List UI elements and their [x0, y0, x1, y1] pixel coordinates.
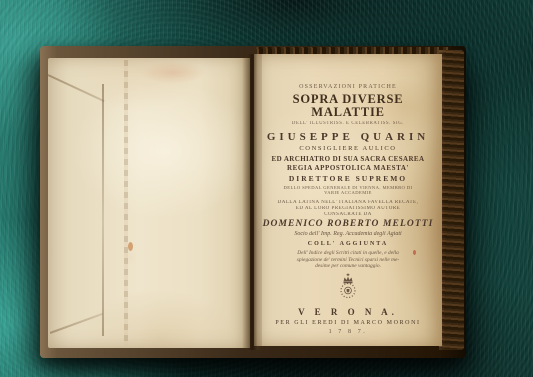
- addition-heading: COLL' AGGIUNTA: [262, 241, 434, 248]
- page-fore-edge: [439, 50, 464, 350]
- main-title: SOPRA DIVERSE MALATTIE: [262, 93, 434, 119]
- imprint-city: V E R O N A.: [262, 307, 434, 317]
- author-rank-line: DIRETTORE SUPREMO: [262, 175, 434, 183]
- author-rank-line: CONSIGLIERE AULICO: [262, 145, 434, 152]
- author-rank-line: REGIA APPOSTOLICA MAESTA': [262, 164, 434, 172]
- addition-line: desime per comune vantaggio.: [262, 263, 434, 269]
- dedication-line: DELL' ILLUSTRISS. E CELEBRATISS. SIG.: [262, 121, 434, 126]
- page-crease: [48, 74, 105, 102]
- page-crease: [50, 313, 103, 334]
- author-rank-line: ED ARCHIATRO DI SUA SACRA CESAREA: [262, 155, 434, 163]
- title-page-text-block: OSSERVAZIONI PRATICHE SOPRA DIVERSE MALA…: [254, 54, 442, 346]
- page-fold-crease: [124, 60, 128, 346]
- imprint-publisher: PER GLI EREDI DI MARCO MORONI: [262, 320, 434, 327]
- translator-title-line: Socio dell' Imp. Reg. Accademia degli Ag…: [262, 231, 434, 238]
- page-stain: [128, 242, 133, 251]
- title-page: OSSERVAZIONI PRATICHE SOPRA DIVERSE MALA…: [254, 54, 442, 346]
- photo-scene: OSSERVAZIONI PRATICHE SOPRA DIVERSE MALA…: [0, 0, 533, 377]
- left-blank-page: [48, 58, 250, 348]
- half-title: OSSERVAZIONI PRATICHE: [262, 84, 434, 91]
- author-name: GIUSEPPE QUARIN: [262, 131, 434, 143]
- imprint-year: 1 7 8 7.: [262, 329, 434, 336]
- hospital-line: VARIE ACCADEMIE: [262, 190, 434, 196]
- printer-ornament-icon: [334, 273, 362, 299]
- translator-name: DOMENICO ROBERTO MELOTTI: [262, 219, 434, 229]
- open-book: OSSERVAZIONI PRATICHE SOPRA DIVERSE MALA…: [40, 46, 466, 358]
- page-crease: [102, 84, 104, 336]
- translation-note-line: CONSACRATE DA: [262, 212, 434, 218]
- page-stain: [413, 250, 416, 255]
